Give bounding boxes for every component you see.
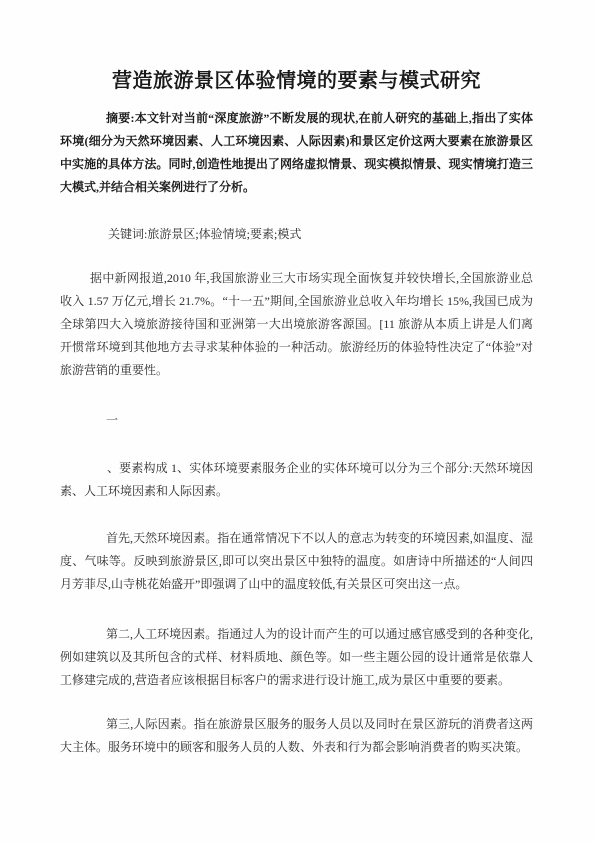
document-title: 营造旅游景区体验情境的要素与模式研究: [60, 66, 533, 96]
natural-environment-paragraph: 首先,天然环境因素。指在通常情况下不以人的意志为转变的环境因素,如温度、湿度、气…: [60, 527, 533, 596]
abstract-paragraph: 摘要:本文针对当前“深度旅游”不断发展的现状,在前人研究的基础上,指出了实体环境…: [60, 107, 533, 199]
section-elements-heading-paragraph: 、要素构成 1、实体环境要素服务企业的实体环境可以分为三个部分:天然环境因素、人…: [60, 457, 533, 503]
intro-paragraph: 据中新网报道,2010 年,我国旅游业三大市场实现全面恢复并较快增长,全国旅游业…: [60, 267, 533, 382]
artificial-environment-paragraph: 第二,人工环境因素。指通过人为的设计而产生的可以通过感官感受到的各种变化,例如建…: [60, 623, 533, 692]
section-one-marker: 一: [60, 409, 533, 432]
interpersonal-factor-paragraph: 第三,人际因素。指在旅游景区服务的服务人员以及同时在景区游玩的消费者这两大主体。…: [60, 713, 533, 759]
keywords-paragraph: 关键词:旅游景区;体验情境;要素;模式: [60, 223, 533, 246]
document-page: 营造旅游景区体验情境的要素与模式研究 摘要:本文针对当前“深度旅游”不断发展的现…: [0, 0, 595, 842]
